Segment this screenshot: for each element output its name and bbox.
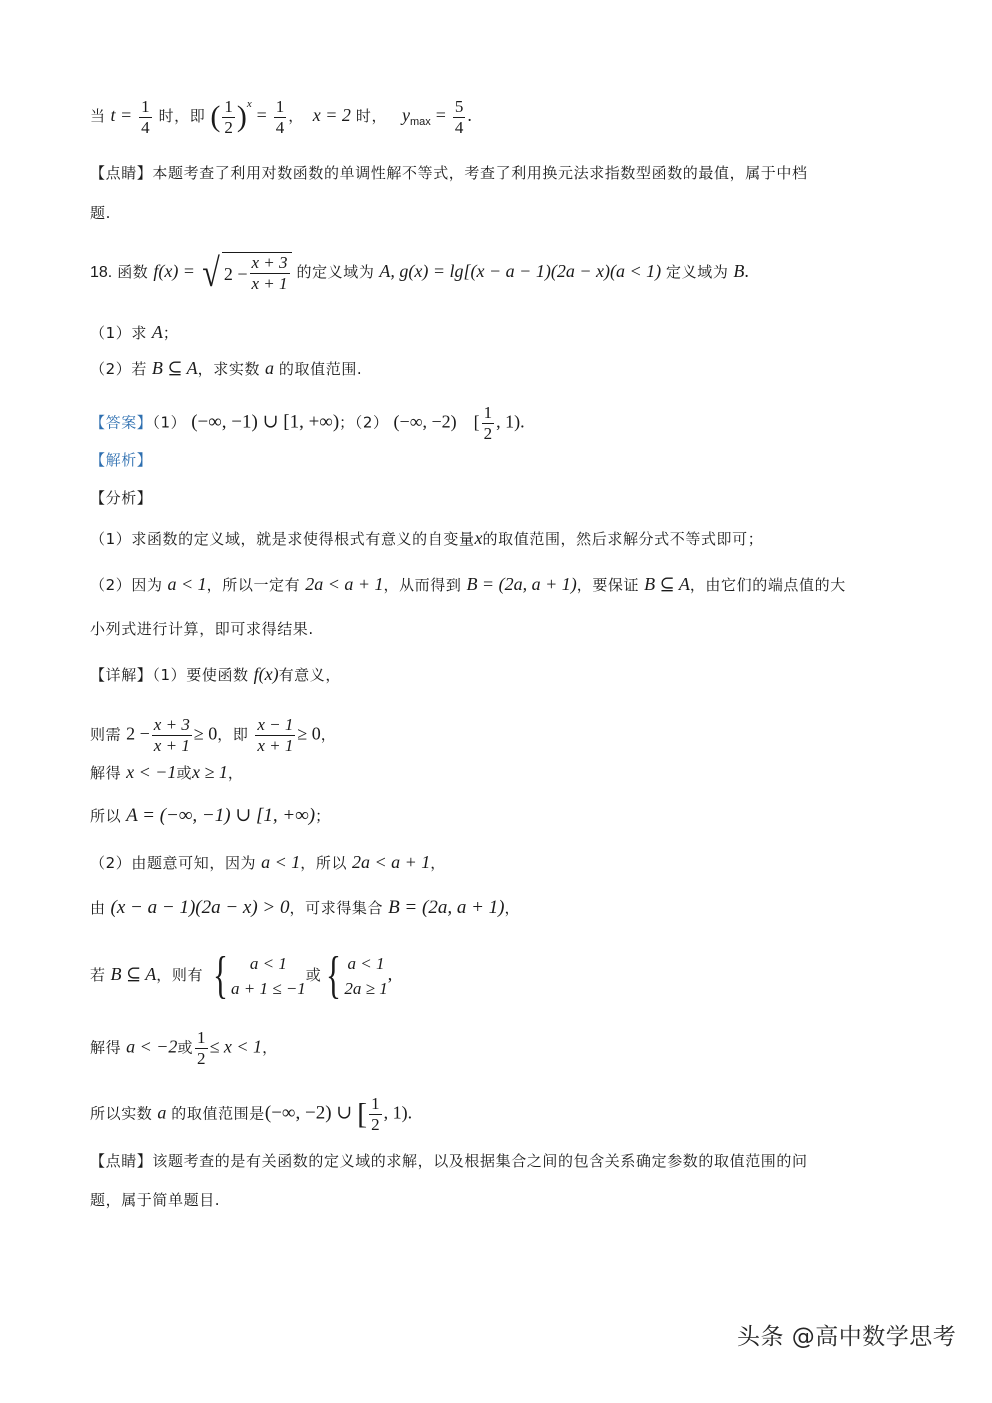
comment-line-2: 题. <box>90 203 111 223</box>
text: ； <box>315 807 331 825</box>
detail-tag: 【详解】 <box>90 666 152 684</box>
detail-l4: 所以 A = (−∞, −1) ∪ [1, +∞)； <box>90 806 331 826</box>
text: 当 <box>90 107 106 125</box>
exponent: x <box>247 98 252 110</box>
fraction: 14 <box>139 97 152 138</box>
math-x: x <box>475 528 483 548</box>
math: ≥ 0 <box>297 724 320 744</box>
text: 的取值范围是 <box>171 1105 265 1123</box>
final-comment-line-1: 【点睛】该题考查的是有关函数的定义域的求解，以及根据集合之间的包含关系确定参数的… <box>90 1151 808 1171</box>
overview-p2: （2）因为 a < 1，所以一定有 2a < a + 1，从而得到 B = (2… <box>90 574 846 595</box>
question-1: （1）求 A； <box>90 322 179 343</box>
text: ， <box>228 764 244 782</box>
text: . <box>408 1103 413 1123</box>
math-A: A <box>379 261 390 281</box>
answer-line: 【答案】（1） (−∞, −1) ∪ [1, +∞)；（2） (−∞, −2) … <box>90 403 525 444</box>
text: , <box>388 964 393 984</box>
math: 2 − <box>126 724 150 744</box>
text: 所以 <box>90 807 121 825</box>
subscript: max <box>410 116 431 128</box>
math-f: f(x) = <box>153 261 195 281</box>
text: ，求实数 <box>198 360 260 378</box>
text: 若 <box>90 966 106 984</box>
comment-text: 题，属于简单题目. <box>90 1191 220 1209</box>
text: 的取值范围. <box>279 360 362 378</box>
document-page: 当 t = 14 时，即 (12)x = 14， x = 2 时， ymax =… <box>0 0 992 1403</box>
text: ， <box>262 1039 278 1057</box>
math-a: a <box>265 358 274 378</box>
text: （1）要使函数 <box>152 666 248 684</box>
text: （2）因为 <box>90 576 163 594</box>
detail-l7: 若 B ⊆ A，则有 {a < 1a + 1 ≤ −1或{a < 12a ≥ 1… <box>90 950 392 1002</box>
detail-l5: （2）由题意可知，因为 a < 1，所以 2a < a + 1， <box>90 852 446 873</box>
math: , 1) <box>384 1103 408 1123</box>
brace-icon: { <box>326 950 341 1002</box>
math: x < −1 <box>126 762 176 782</box>
math: a < 1 <box>167 574 206 594</box>
math-y: y <box>402 105 410 125</box>
comment-text: 题. <box>90 204 111 222</box>
comment-text: 本题考查了利用对数函数的单调性解不等式，考查了利用换元法求指数型函数的最值，属于… <box>152 164 807 182</box>
math-B: B <box>733 261 744 281</box>
text: 或 <box>177 1039 193 1057</box>
fraction: 12 <box>195 1028 208 1069</box>
fraction: 12 <box>482 403 495 444</box>
text: ，所以 <box>300 854 347 872</box>
final-comment-line-2: 题，属于简单题目. <box>90 1190 220 1210</box>
equation-system-2: {a < 12a ≥ 1 <box>321 950 387 1002</box>
math-t-eq: t = <box>111 105 133 125</box>
comment-line-1: 【点睛】本题考查了利用对数函数的单调性解不等式，考查了利用换元法求指数型函数的最… <box>90 163 808 183</box>
detail-l8: 解得 a < −2或12≤ x < 1， <box>90 1028 278 1069</box>
math-g: , g(x) = lg[(x − a − 1)(2a − x)(a < 1) <box>390 261 661 281</box>
math: B = (2a, a + 1) <box>388 897 504 918</box>
text: 或 <box>306 966 322 984</box>
fraction: x − 1x + 1 <box>255 715 295 756</box>
fraction: 12 <box>222 97 235 138</box>
overview-tag-text: 【分析】 <box>90 489 152 507</box>
overview-tag: 【分析】 <box>90 488 152 508</box>
answer-1-value: (−∞, −1) ∪ [1, +∞) <box>191 412 339 433</box>
text: 时， <box>356 107 387 125</box>
math: ≤ x < 1 <box>210 1037 263 1057</box>
math: B ⊆ A <box>644 574 690 594</box>
math-f: f(x) <box>254 664 279 684</box>
comment-tag: 【点睛】 <box>90 164 152 182</box>
math: B = (2a, a + 1) <box>466 574 576 594</box>
overview-p2-line2: 小列式进行计算，即可求得结果. <box>90 619 314 639</box>
text: ； <box>339 414 355 432</box>
text: 小列式进行计算，即可求得结果. <box>90 620 314 638</box>
brace-icon: { <box>213 950 228 1002</box>
text: 函数 <box>117 263 148 281</box>
text: 定义域为 <box>666 263 728 281</box>
text: ，可求得集合 <box>290 899 384 917</box>
text: 解得 <box>90 764 121 782</box>
math-A: A <box>152 322 163 342</box>
text: ， <box>321 726 337 744</box>
text: . <box>467 105 472 125</box>
comment-text: 该题考查的是有关函数的定义域的求解，以及根据集合之间的包含关系确定参数的取值范围… <box>152 1152 807 1170</box>
text: 由 <box>90 899 106 917</box>
text: （2）若 <box>90 360 147 378</box>
text: ，从而得到 <box>383 576 461 594</box>
equation-system-1: {a < 1a + 1 ≤ −1 <box>208 950 306 1002</box>
answer-2-value-a: (−∞, −2) <box>394 412 457 432</box>
text: ，即 <box>217 726 248 744</box>
sqrt-icon: √ <box>202 253 220 293</box>
analysis-tag-text: 【解析】 <box>90 451 152 469</box>
math-subset: B ⊆ A <box>152 358 198 378</box>
fraction: 12 <box>369 1094 382 1135</box>
text: ，要保证 <box>577 576 639 594</box>
math: A = (−∞, −1) ∪ [1, +∞) <box>126 805 315 826</box>
text: （2） <box>355 414 389 432</box>
text: （1）求函数的定义域，就是求使得根式有意义的自变量 <box>90 530 475 548</box>
text: . <box>744 261 749 281</box>
overview-p1: （1）求函数的定义域，就是求使得根式有意义的自变量x的取值范围，然后求解分式不等… <box>90 528 763 549</box>
text: . <box>520 412 525 432</box>
detail-l1: 【详解】（1）要使函数 f(x)有意义， <box>90 664 341 685</box>
detail-l6: 由 (x − a − 1)(2a − x) > 0，可求得集合 B = (2a,… <box>90 898 520 918</box>
text: 时，即 <box>159 107 206 125</box>
answer-2-value-b: , 1) <box>496 412 520 432</box>
paren-open: ( <box>210 100 220 133</box>
answer-tag: 【答案】 <box>90 414 152 432</box>
detail-l9: 所以实数 a 的取值范围是(−∞, −2) ∪ [12, 1). <box>90 1094 412 1135</box>
math: 2a < a + 1 <box>305 574 383 594</box>
detail-l3: 解得 x < −1或x ≥ 1， <box>90 762 244 783</box>
fraction: 14 <box>274 97 287 138</box>
math: a < −2 <box>126 1037 177 1057</box>
comment-tag: 【点睛】 <box>90 1152 152 1170</box>
problem-18-stem: 18. 函数 f(x) = √2 −x + 3x + 1 的定义域为 A, g(… <box>90 252 749 294</box>
text: （1）求 <box>90 324 147 342</box>
text: ， <box>504 899 520 917</box>
fraction: x + 3x + 1 <box>152 715 192 756</box>
text: （1） <box>152 414 186 432</box>
math: ≥ 0 <box>194 724 217 744</box>
math-eq: = <box>257 105 267 125</box>
paren-close: ) <box>237 100 247 133</box>
bracket-open: [ <box>474 412 480 432</box>
math: B ⊆ A <box>111 964 157 984</box>
text: ，所以一定有 <box>207 576 301 594</box>
math: 2a < a + 1 <box>352 852 430 872</box>
text: 或 <box>176 764 192 782</box>
text: ， <box>430 854 446 872</box>
math-eq: = <box>436 105 446 125</box>
text: （2）由题意可知，因为 <box>90 854 256 872</box>
watermark: 头条 @高中数学思考 <box>737 1318 956 1351</box>
analysis-tag: 【解析】 <box>90 450 152 470</box>
sqrt-expression: √2 −x + 3x + 1 <box>200 252 292 294</box>
math: (−∞, −2) ∪ <box>265 1103 352 1124</box>
detail-l2: 则需 2 −x + 3x + 1≥ 0，即 x − 1x + 1≥ 0， <box>90 715 336 756</box>
problem-number: 18. <box>90 264 112 281</box>
text: 的取值范围，然后求解分式不等式即可； <box>483 530 764 548</box>
text: 所以实数 <box>90 1105 152 1123</box>
math: (x − a − 1)(2a − x) > 0 <box>111 897 290 918</box>
text: ， <box>288 107 304 125</box>
text: ，则有 <box>156 966 203 984</box>
fraction: 54 <box>453 97 466 138</box>
math: x ≥ 1 <box>192 762 228 782</box>
math-x-eq: x = 2 <box>313 105 351 125</box>
text: 则需 <box>90 726 121 744</box>
text: 有意义， <box>279 666 341 684</box>
math-a: a <box>157 1103 166 1123</box>
math: a < 1 <box>261 852 300 872</box>
question-2: （2）若 B ⊆ A，求实数 a 的取值范围. <box>90 358 362 379</box>
text: ，由它们的端点值的大 <box>690 576 846 594</box>
prev-solution-line: 当 t = 14 时，即 (12)x = 14， x = 2 时， ymax =… <box>90 94 472 138</box>
bracket-open: [ <box>357 1098 367 1131</box>
text: ； <box>163 324 179 342</box>
text: 解得 <box>90 1039 121 1057</box>
text: 的定义域为 <box>296 263 374 281</box>
